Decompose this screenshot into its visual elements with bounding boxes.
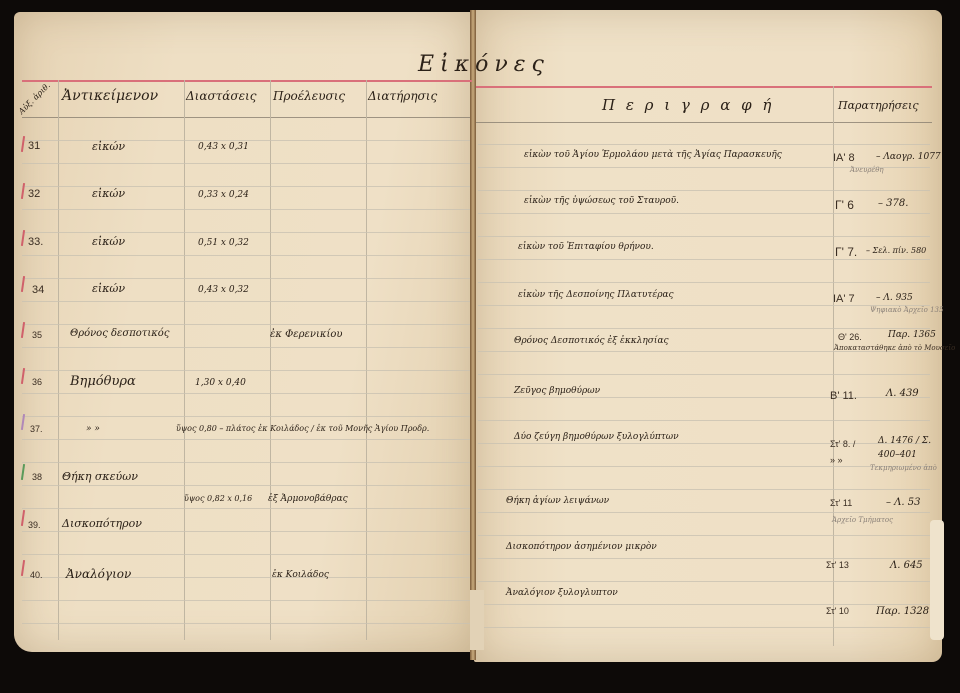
row-dimensions: 0,43 x 0,31 [198,142,249,152]
ruled-line [478,443,930,444]
row-faint-note: Ἀρχεῖο Τμήματος [832,516,893,524]
ruled-line [478,144,930,145]
row-description: Δισκοπότηρον ἀσημένιον μικρὸν [506,542,657,552]
ruled-line [22,324,470,325]
ruled-line [22,255,470,256]
ruled-line [22,508,470,509]
ruled-line [478,535,930,536]
row-description: εἰκὼν τοῦ Ἁγίου Ἑρμολάου μετὰ τῆς Ἁγίας … [524,150,782,160]
row-faint-note: Ψηφιακὸ Ἀρχεῖο 135 [870,306,943,314]
row-dimensions: ὕψος 0,82 x 0,16 [184,494,252,503]
row-object: Θήκη σκεύων [62,470,138,483]
row-ref: Στ' 10 [826,606,849,616]
row-description: εἰκὼν τῆς ὑψώσεως τοῦ Σταυροῦ. [524,196,679,206]
row-note: – Σελ. πίν. 580 [866,246,926,255]
row-provenance: ἐκ Φερενικίου [270,329,343,340]
ruled-line [22,163,470,164]
row-description: Ζεῦγος βημοθύρων [514,386,600,396]
row-object: Θρόνος δεσποτικός [70,328,169,339]
ruled-line [478,190,930,191]
header-description: Π ε ρ ι γ ρ α φ ή [602,96,774,114]
ruled-line [478,627,930,628]
row-provenance: ἐξ Ἀρμονοβάθρας [268,494,348,504]
row-faint-note: Τεκμηριωμένο ἀπὸ [870,464,937,472]
row-number: 35 [32,330,42,340]
ruled-line [22,531,470,532]
row-description: εἰκὼν τοῦ Ἐπιταφίου θρήνου. [518,242,654,252]
ruled-line [22,623,470,624]
ruled-line [22,439,470,440]
row-note: Λ. 645 [890,560,923,571]
row-description: Θρόνος Δεσποτικός ἐξ ἐκκλησίας [514,336,669,346]
ruled-line [22,554,470,555]
ruled-line [22,370,470,371]
row-faint-note: Ἀποκαταστάθηκε ἀπὸ τὸ Μουσεῖο [834,344,955,352]
ruled-line [22,232,470,233]
row-dimensions: 1,30 x 0,40 [195,378,246,388]
ruled-line [22,393,470,394]
row-description: Θήκη ἁγίων λειψάνων [506,496,609,506]
row-faint-note: Ἀνευρέθη [850,166,884,174]
row-object: Δισκοπότηρον [62,517,142,530]
ruled-line [22,186,470,187]
ruled-line [22,209,470,210]
header-red-rule-right [476,86,932,88]
row-dimensions: 0,33 x 0,24 [198,190,249,200]
header-bottom-rule-left [22,117,470,118]
ruled-line [478,236,930,237]
row-ref: Στ' 11 [830,498,852,508]
header-red-rule-left [22,80,472,82]
ruled-line [478,397,930,398]
ruled-line [478,466,930,467]
ruled-line [478,558,930,559]
row-number: 38 [32,472,42,482]
row-object: » » [86,424,100,434]
row-object: Ἀναλόγιον [66,567,131,581]
row-object: εἰκών [92,235,125,248]
ruled-line [478,282,930,283]
row-ref: Γ' 7. [835,245,857,259]
row-note: – 378. [878,198,908,209]
ruled-line [478,581,930,582]
row-description: Ἀναλόγιον ξυλογλυπτον [506,588,618,598]
row-ref: ΙΑ' 7 [833,293,855,305]
row-ref: Β' 11. [830,390,857,402]
ruled-line [22,416,470,417]
header-object: Ἀντικείμενον [62,88,158,104]
row-ref: ΙΑ' 8 [833,152,855,164]
row-ref: Γ' 6 [835,198,854,212]
ledger-title: Εἰκόνες [418,52,550,77]
row-ref: Στ' 13 [826,560,849,570]
row-object: εἰκών [92,140,125,153]
torn-page-edge [930,520,944,640]
row-dimensions: 0,51 x 0,32 [198,238,249,248]
row-note: – Λ. 935 [876,293,913,303]
row-dimensions: ὕψος 0,80 – πλάτος [176,424,255,433]
ruled-line [478,305,930,306]
row-number: 31 [28,140,40,152]
book-spine [470,10,476,660]
ruled-line [478,512,930,513]
row-note: Παρ. 1365 [888,330,936,340]
ruled-line [478,213,930,214]
row-dimensions: 0,43 x 0,32 [198,285,249,295]
row-note: Λ. 439 [886,388,919,399]
row-number: 32 [28,188,40,200]
col-divider [58,80,59,640]
header-remarks: Παρατηρήσεις [838,99,919,112]
row-note: – Λ. 53 [886,497,920,508]
ruled-line [22,301,470,302]
col-divider [270,80,271,640]
row-number: 40. [30,570,43,580]
row-number: 37. [30,424,43,434]
ruled-line [478,604,930,605]
ruled-line [478,489,930,490]
ruled-line [478,420,930,421]
row-provenance: ἐκ Κοιλάδος / ἐκ τοῦ Μονῆς Ἁγίου Προδρ. [258,424,429,433]
torn-page-edge [470,590,484,650]
ruled-line [478,374,930,375]
ruled-line [22,462,470,463]
row-description: εἰκὼν τῆς Δεσποίνης Πλατυτέρας [518,290,674,300]
row-ref: Θ' 26. [838,332,862,342]
col-divider [184,80,185,640]
header-bottom-rule-right [476,122,932,123]
row-number: 33. [28,236,43,248]
row-object: εἰκών [92,187,125,200]
row-object: εἰκών [92,282,125,295]
ruled-line [22,600,470,601]
ruled-line [478,328,930,329]
row-note: Δ. 1476 / Σ. 400–401 [878,434,938,462]
header-dimensions: Διαστάσεις [186,89,256,103]
row-number: 34 [32,284,44,296]
ruled-line [22,140,470,141]
ruled-line [22,278,470,279]
header-provenance: Προέλευσις [273,89,345,103]
row-description: Δύο ζεύγη βημοθύρων ξυλογλύπτων [514,432,679,442]
row-note: – Λαογρ. 1077 [876,152,941,162]
ruled-line [22,347,470,348]
ruled-line [22,485,470,486]
ruled-line [478,259,930,260]
row-number: 36 [32,377,42,387]
row-ref: Στ' 8. / » » [830,436,860,468]
col-divider [366,80,367,640]
row-number: 39. [28,520,41,530]
row-object: Βημόθυρα [70,374,136,389]
row-provenance: ἐκ Κοιλάδος [272,570,329,580]
row-note: Παρ. 1328 [876,606,929,617]
header-preservation: Διατήρησις [368,89,437,103]
